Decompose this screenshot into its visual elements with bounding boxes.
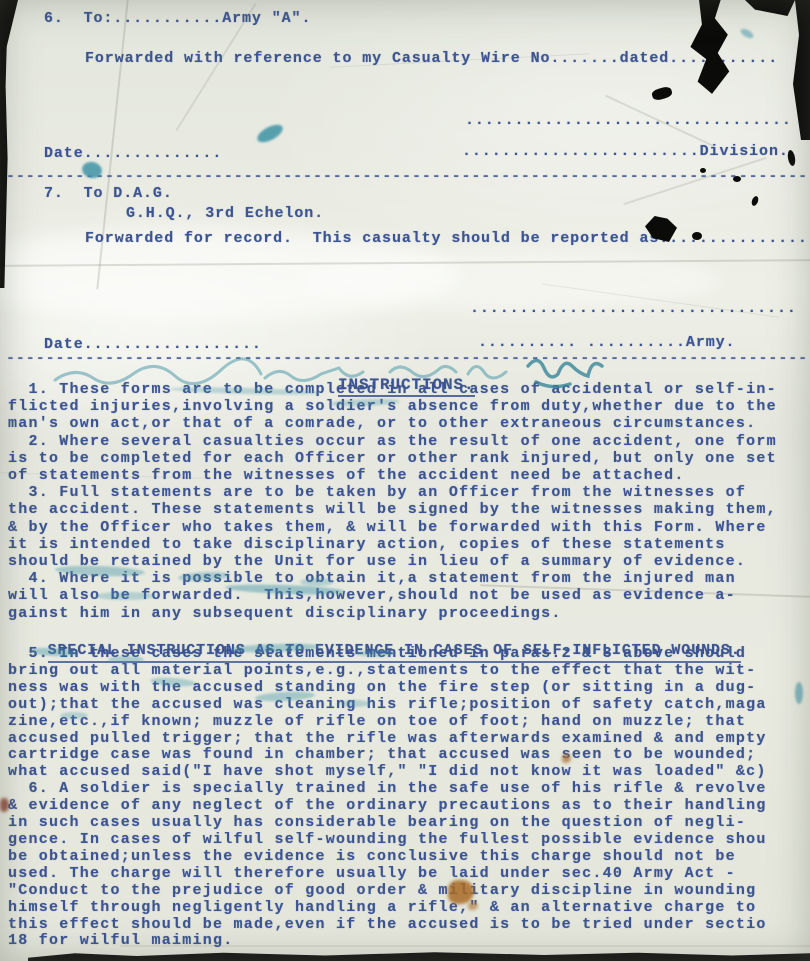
instruction-line: gainst him in any subsequent disciplinar… <box>8 605 810 622</box>
section6-to-line: 6. To:...........Army "A". <box>44 10 311 27</box>
instruction-line: ness was with the accused standing on th… <box>8 680 810 697</box>
instruction-line: zine,etc.,if known; muzzle of rifle on t… <box>8 714 810 731</box>
instruction-line: 3. Full statements are to be taken by an… <box>8 484 810 501</box>
paper-tear <box>745 0 795 16</box>
paper-tear <box>787 150 797 167</box>
instruction-line: out);that the accused was cleaning his r… <box>8 697 810 714</box>
section7-army-field: .......... ..........Army. <box>478 334 735 351</box>
section6-dotted-line: ................................. <box>465 112 792 129</box>
instruction-line: "Conduct to the prejudice of good order … <box>8 883 810 900</box>
section7-address-line: G.H.Q., 3rd Echelon. <box>126 205 324 222</box>
paper-tear <box>700 168 706 173</box>
paper-tear <box>790 0 810 140</box>
ink-smudge <box>108 656 144 663</box>
instruction-line: 18 for wilful maiming. <box>8 933 810 950</box>
instruction-line: of statements from the witnesses of the … <box>8 467 810 484</box>
instruction-line: used. The charge will therefore usually … <box>8 866 810 883</box>
section6-date-field: Date.............. <box>44 145 222 162</box>
instruction-line: flicted injuries,involving a soldier's a… <box>8 398 810 415</box>
scanned-document-page: 6. To:...........Army "A". Forwarded wit… <box>0 0 810 961</box>
ink-smudge <box>340 700 370 707</box>
paper-tear <box>0 0 18 52</box>
instruction-line: & evidence of any neglect of the ordinar… <box>8 798 810 815</box>
ink-smudge <box>95 592 155 600</box>
instruction-line: what accused said("I have shot myself," … <box>8 764 810 781</box>
instructions-paragraphs-5-6: 5. In these cases the statements mention… <box>8 646 810 950</box>
instruction-line: it is intended to take disciplinary acti… <box>8 536 810 553</box>
instruction-line: this effect should be made,even if the a… <box>8 917 810 934</box>
ink-smudge <box>795 682 803 704</box>
instruction-line: 2. Where several casualties occur as the… <box>8 433 810 450</box>
paper-tear <box>692 232 702 240</box>
section6-forwarded-line: Forwarded with reference to my Casualty … <box>85 50 778 67</box>
scan-edge <box>28 950 810 961</box>
instruction-line: is to be completed for each Officer or o… <box>8 450 810 467</box>
section-divider: ----------------------------------------… <box>6 168 806 185</box>
paper-tear <box>651 86 673 102</box>
handwriting-annotation <box>50 352 610 397</box>
instruction-line: in such cases usually has considerable b… <box>8 815 810 832</box>
section7-number-line: 7. To D.A.G. <box>44 185 173 202</box>
ink-smudge <box>739 27 755 40</box>
instruction-line: cartridge case was found in chamber; tha… <box>8 747 810 764</box>
section6-division-field: ........................Division. <box>462 143 789 160</box>
paper-tear <box>750 195 759 206</box>
ink-smudge <box>355 650 395 657</box>
instruction-line: be obtained;unless the evidence is concl… <box>8 849 810 866</box>
instruction-line: gence. In cases of wilful self-wounding … <box>8 832 810 849</box>
instruction-line: bring out all material points,e.g.,state… <box>8 663 810 680</box>
instruction-line: man's own act,or that of a comrade, or t… <box>8 415 810 432</box>
section7-dotted-line: ................................. <box>470 300 797 317</box>
ink-smudge <box>300 578 334 586</box>
instruction-line: & by the Officer who takes them, & will … <box>8 519 810 536</box>
instruction-line: the accident. These statements will be s… <box>8 501 810 518</box>
ink-smudge <box>60 712 88 719</box>
instruction-line: himself through negligently handling a r… <box>8 900 810 917</box>
instruction-line: accused pulled trigger; that the rifle w… <box>8 731 810 748</box>
instruction-line: 6. A soldier is specially trained in the… <box>8 781 810 798</box>
instructions-paragraphs-1-4: 1. These forms are to be completed in al… <box>8 381 810 622</box>
ink-stain <box>255 121 286 146</box>
paper-tear <box>733 176 741 182</box>
